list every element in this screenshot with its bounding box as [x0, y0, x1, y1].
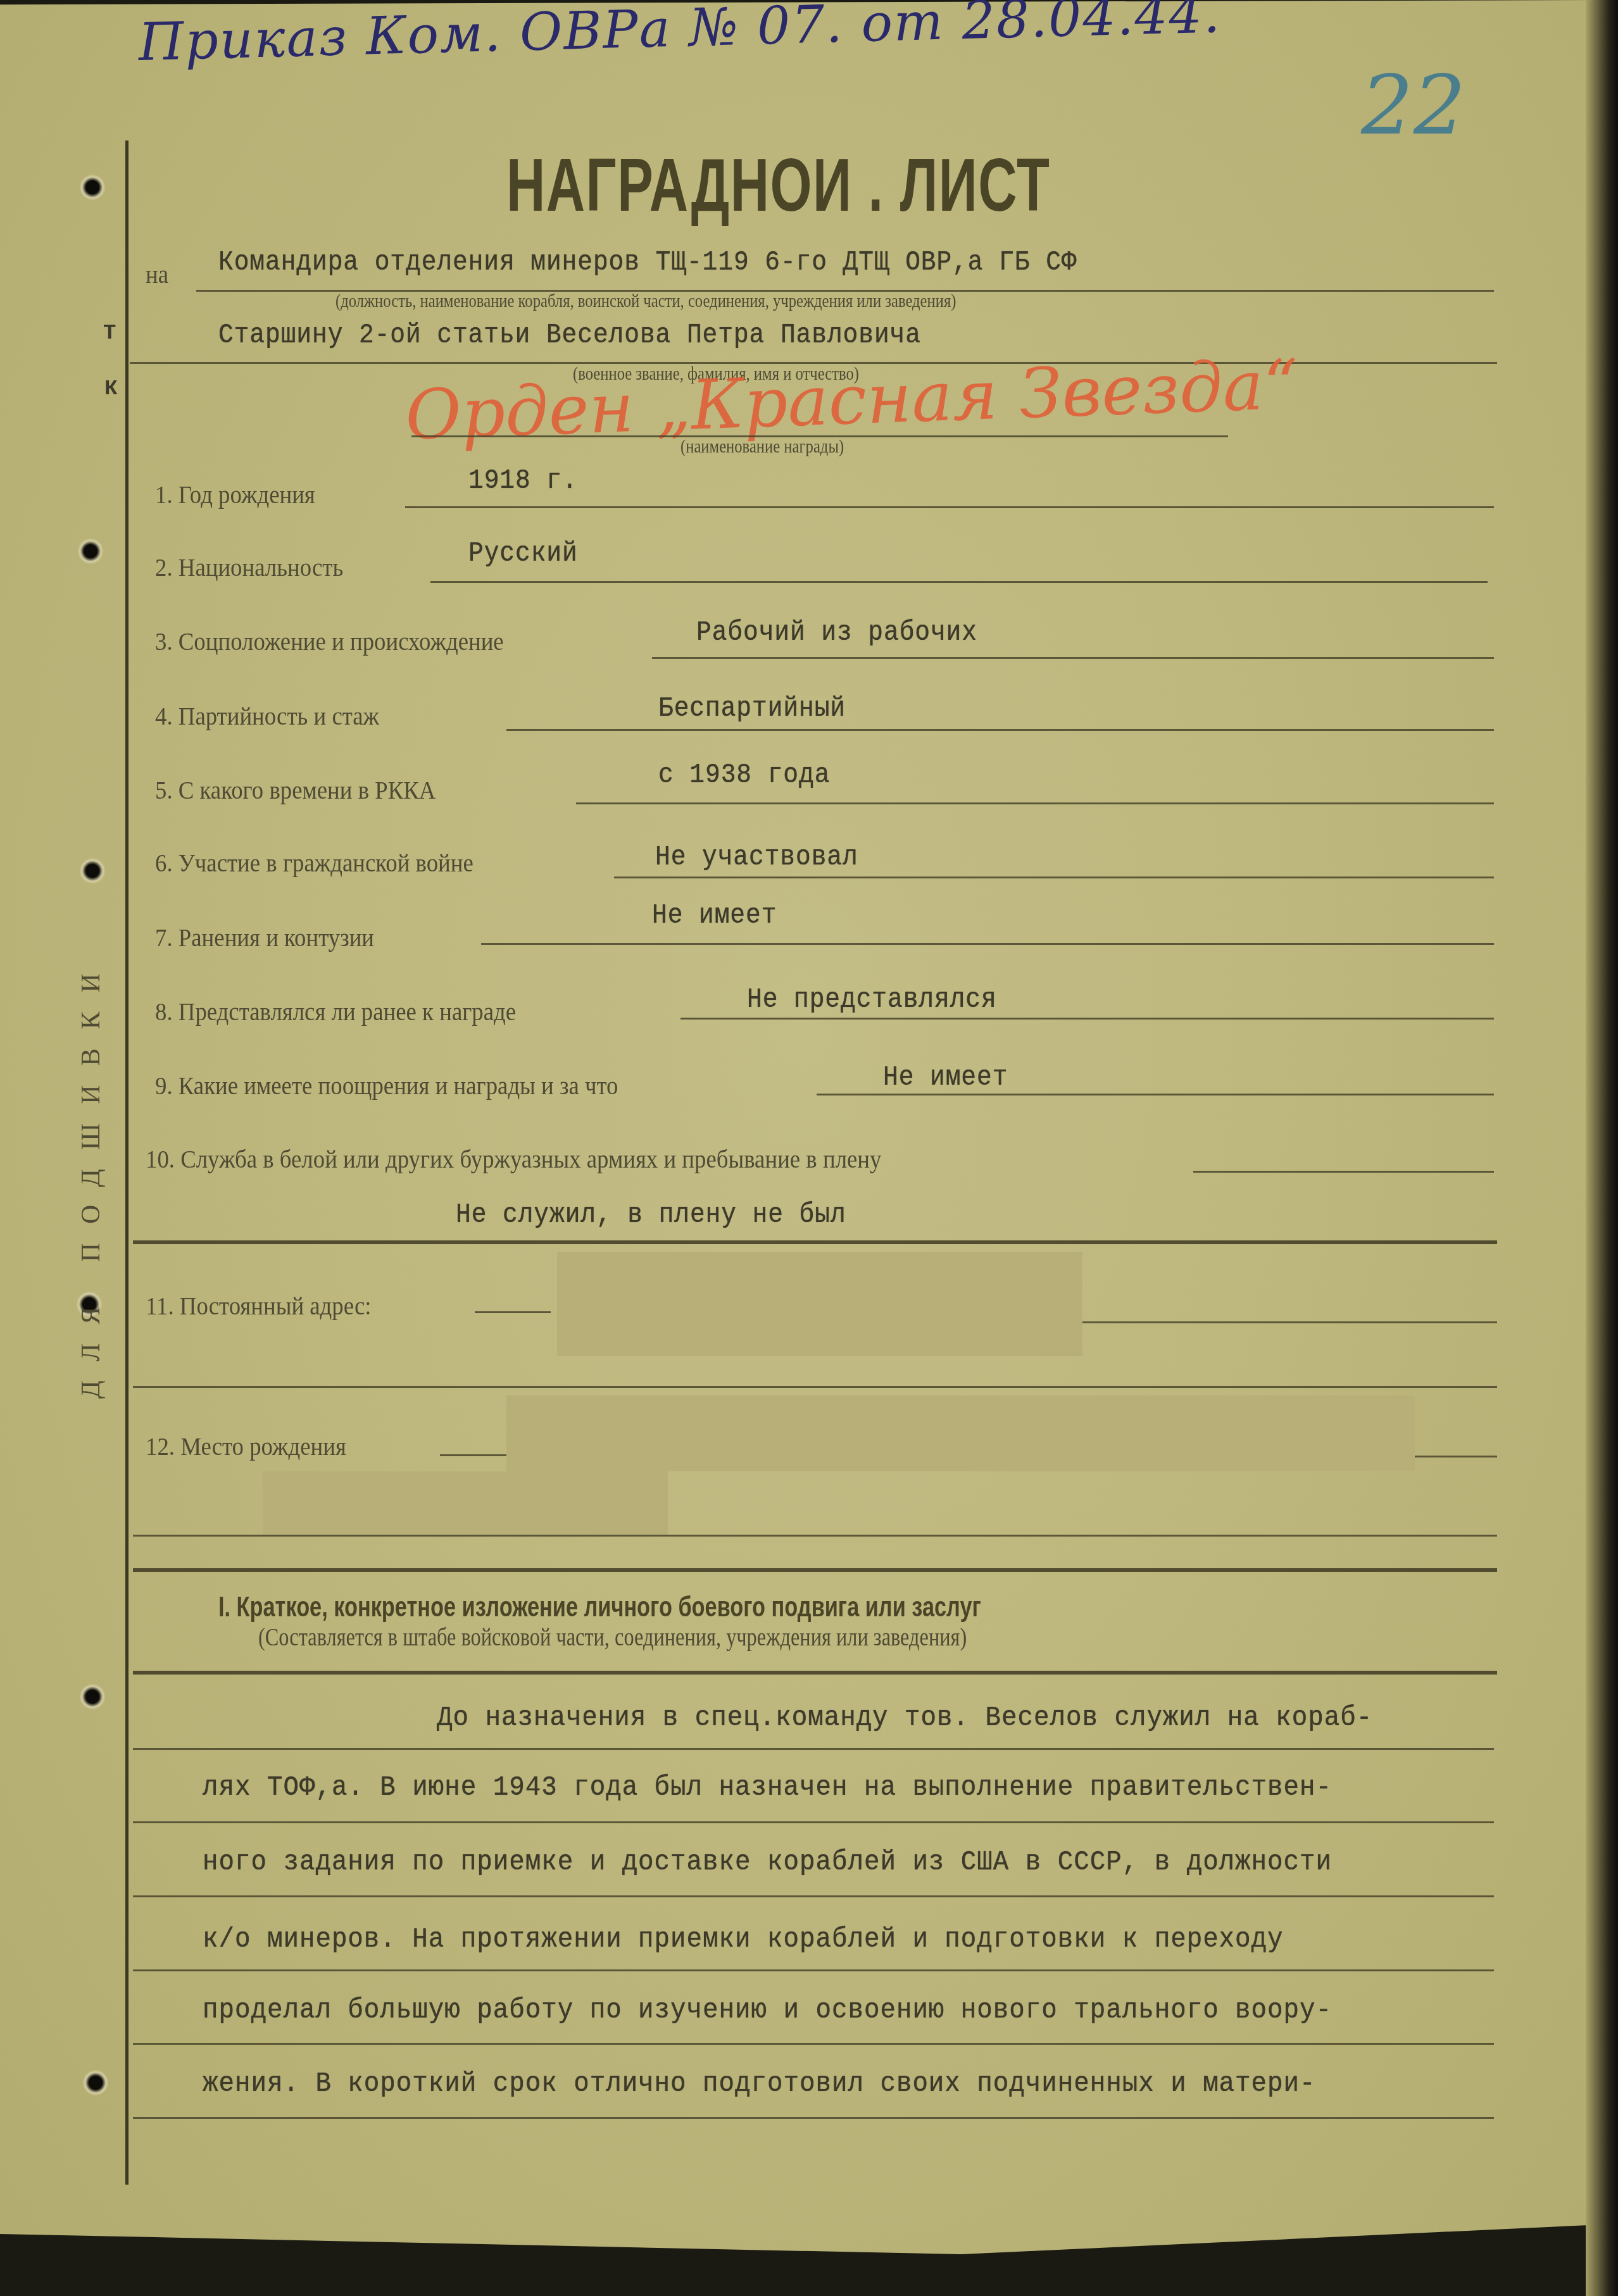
field-11-line [1076, 1321, 1497, 1323]
field-7-line [481, 943, 1494, 945]
birthplace-redaction-continued [263, 1471, 668, 1535]
field-4-value: Беспартийный [658, 693, 846, 725]
field-3-line [652, 657, 1494, 659]
field-9-line [817, 1094, 1494, 1095]
recipient-name: Старшину 2-ой статьи Веселова Петра Павл… [218, 320, 921, 351]
field-12-line-lead [440, 1454, 510, 1456]
birthplace-redaction [506, 1395, 1415, 1471]
punch-hole-icon [82, 2069, 109, 2096]
section-one-heading: I. Краткое, конкретное изложение личного… [218, 1592, 981, 1623]
field-7-label: 7. Ранения и контузии [155, 923, 374, 952]
body-rule [133, 1895, 1494, 1897]
margin-fragment: Т [103, 321, 116, 346]
address-redaction [557, 1252, 1082, 1356]
section-one-body-line: До назначения в спец.команду тов. Весело… [437, 1702, 1372, 1734]
margin-rule [125, 140, 129, 2185]
section-one-body-line: проделал большую работу по изучению и ос… [203, 1995, 1332, 2026]
field-6-label: 6. Участие в гражданской войне [155, 848, 473, 878]
field-1-label: 1. Год рождения [155, 480, 315, 509]
section-one-body-line: ного задания по приемке и доставке кораб… [203, 1847, 1332, 1878]
field-5-value: с 1938 года [658, 759, 830, 791]
field-12-label: 12. Место рождения [146, 1432, 346, 1461]
punch-hole-icon [79, 1683, 106, 1710]
body-rule [133, 1821, 1494, 1823]
body-rule [133, 1748, 1494, 1750]
section-one-body-line: лях ТОФ,а. В июне 1943 года был назначен… [203, 1772, 1332, 1804]
field-6-line [614, 877, 1494, 878]
field-10-bottom-rule [133, 1240, 1497, 1244]
section-one-top-rule [133, 1568, 1497, 1572]
field-12-line [1412, 1456, 1497, 1457]
field-4-label: 4. Партийность и стаж [155, 701, 379, 731]
field-4-line [506, 729, 1494, 731]
field-2-line [430, 581, 1488, 583]
field-9-label: 9. Какие имеете поощрения и награды и за… [155, 1071, 618, 1101]
section-one-bottom-rule [133, 1671, 1497, 1675]
field-5-label: 5. С какого времени в РККА [155, 775, 436, 805]
field-9-value: Не имеет [883, 1062, 1008, 1094]
punch-hole-icon [79, 174, 106, 201]
page-number: 22 [1361, 57, 1465, 153]
field-10-line [1193, 1171, 1494, 1173]
field-11-line-lead [475, 1311, 551, 1313]
field-3-value: Рабочий из рабочих [696, 617, 977, 649]
section-one-body-line: к/о минеров. На протяжении приемки кораб… [203, 1924, 1284, 1956]
field-11-label: 11. Постоянный адрес: [146, 1291, 372, 1321]
field-1-line [405, 506, 1494, 508]
body-rule [133, 2043, 1494, 2045]
field-10-value: Не служил, в плену не был [456, 1199, 846, 1231]
punch-hole-icon [79, 858, 106, 884]
margin-fragment: К [104, 377, 117, 401]
field-10-label: 10. Служба в белой или других буржуазных… [146, 1144, 881, 1174]
field-8-label: 8. Представлялся ли ранее к награде [155, 997, 516, 1026]
body-rule [133, 1969, 1494, 1971]
field-1-value: 1918 г. [468, 465, 578, 497]
field-2-label: 2. Национальность [155, 552, 343, 582]
field-3-label: 3. Соцположение и происхождение [155, 627, 504, 656]
field-5-line [576, 802, 1494, 804]
field-8-value: Не представлялся [747, 984, 997, 1016]
recipient-prefix: на [146, 259, 168, 289]
field-11-bottom-rule [133, 1386, 1497, 1388]
field-8-line [680, 1018, 1494, 1020]
field-7-value: Не имеет [652, 900, 777, 932]
document-title: НАГРАДНОИ . ЛИСТ [506, 142, 1050, 228]
body-rule [133, 2117, 1494, 2119]
position-caption: (должность, наименование корабля, воинск… [336, 291, 956, 312]
award-caption: (наименование награды) [680, 437, 844, 458]
section-one-body-line: жения. В короткий срок отлично подготови… [203, 2068, 1316, 2100]
page-edge-shadow [1586, 0, 1618, 2296]
section-one-subheading: (Составляется в штабе войсковой части, с… [258, 1623, 967, 1652]
punch-hole-icon [77, 538, 104, 565]
field-2-value: Русский [468, 538, 578, 570]
recipient-position: Командира отделения минеров ТЩ-119 6-го … [218, 247, 1077, 278]
field-12-bottom-rule [133, 1535, 1497, 1537]
margin-vertical-label: ДЛЯ ПОДШИВКИ [76, 954, 106, 1399]
field-6-value: Не участвовал [655, 842, 858, 873]
